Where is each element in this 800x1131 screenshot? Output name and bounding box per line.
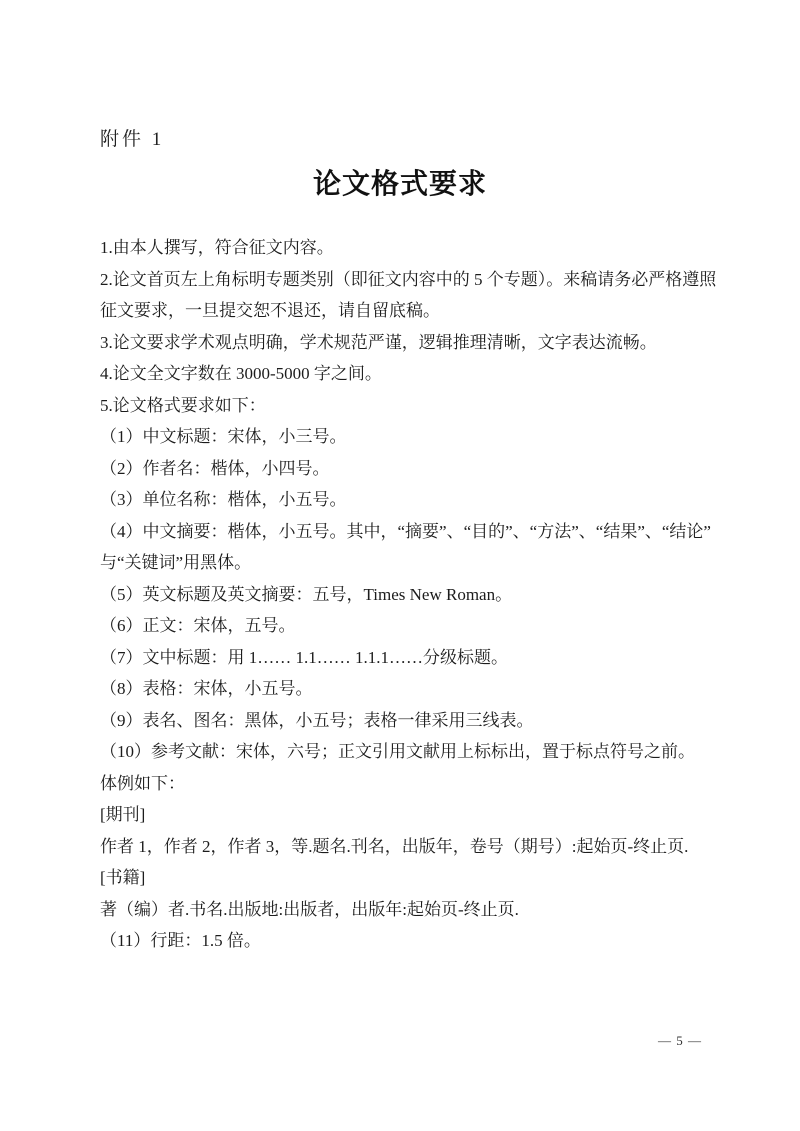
body-line: [书籍] xyxy=(100,862,716,894)
body-line: 4.论文全文字数在 3000-5000 字之间。 xyxy=(100,358,716,390)
body-line: （6）正文：宋体，五号。 xyxy=(100,610,716,642)
body-line: （2）作者名：楷体，小四号。 xyxy=(100,453,716,485)
body-line: （8）表格：宋体，小五号。 xyxy=(100,673,716,705)
document-body: 1.由本人撰写，符合征文内容。 2.论文首页左上角标明专题类别（即征文内容中的 … xyxy=(100,232,716,957)
body-line: （1）中文标题：宋体，小三号。 xyxy=(100,421,716,453)
body-line: 1.由本人撰写，符合征文内容。 xyxy=(100,232,716,264)
body-line: 征文要求，一旦提交恕不退还，请自留底稿。 xyxy=(100,295,716,327)
document-page: 附件 1 论文格式要求 1.由本人撰写，符合征文内容。 2.论文首页左上角标明专… xyxy=(0,0,800,1131)
body-line: 体例如下： xyxy=(100,768,716,800)
body-line: 5.论文格式要求如下： xyxy=(100,390,716,422)
page-number: — 5 — xyxy=(640,1033,720,1049)
attachment-label: 附件 1 xyxy=(100,124,164,151)
body-line: （4）中文摘要：楷体，小五号。其中，“摘要”、“目的”、“方法”、“结果”、“结… xyxy=(100,516,716,548)
body-line: （10）参考文献：宋体，六号；正文引用文献用上标标出，置于标点符号之前。 xyxy=(100,736,716,768)
body-line: [期刊] xyxy=(100,799,716,831)
body-line: （7）文中标题：用 1…… 1.1…… 1.1.1……分级标题。 xyxy=(100,642,716,674)
body-line: 与“关键词”用黑体。 xyxy=(100,547,716,579)
body-line: （9）表名、图名：黑体，小五号；表格一律采用三线表。 xyxy=(100,705,716,737)
body-line: 2.论文首页左上角标明专题类别（即征文内容中的 5 个专题）。来稿请务必严格遵照 xyxy=(100,264,716,296)
body-line: 3.论文要求学术观点明确，学术规范严谨，逻辑推理清晰，文字表达流畅。 xyxy=(100,327,716,359)
body-line: （3）单位名称：楷体，小五号。 xyxy=(100,484,716,516)
body-line: 作者 1，作者 2，作者 3，等.题名.刊名，出版年，卷号（期号）:起始页-终止… xyxy=(100,831,716,863)
body-line: （5）英文标题及英文摘要：五号，Times New Roman。 xyxy=(100,579,716,611)
body-line: （11）行距：1.5 倍。 xyxy=(100,925,716,957)
body-line: 著（编）者.书名.出版地:出版者，出版年:起始页-终止页. xyxy=(100,894,716,926)
page-title: 论文格式要求 xyxy=(0,162,800,202)
